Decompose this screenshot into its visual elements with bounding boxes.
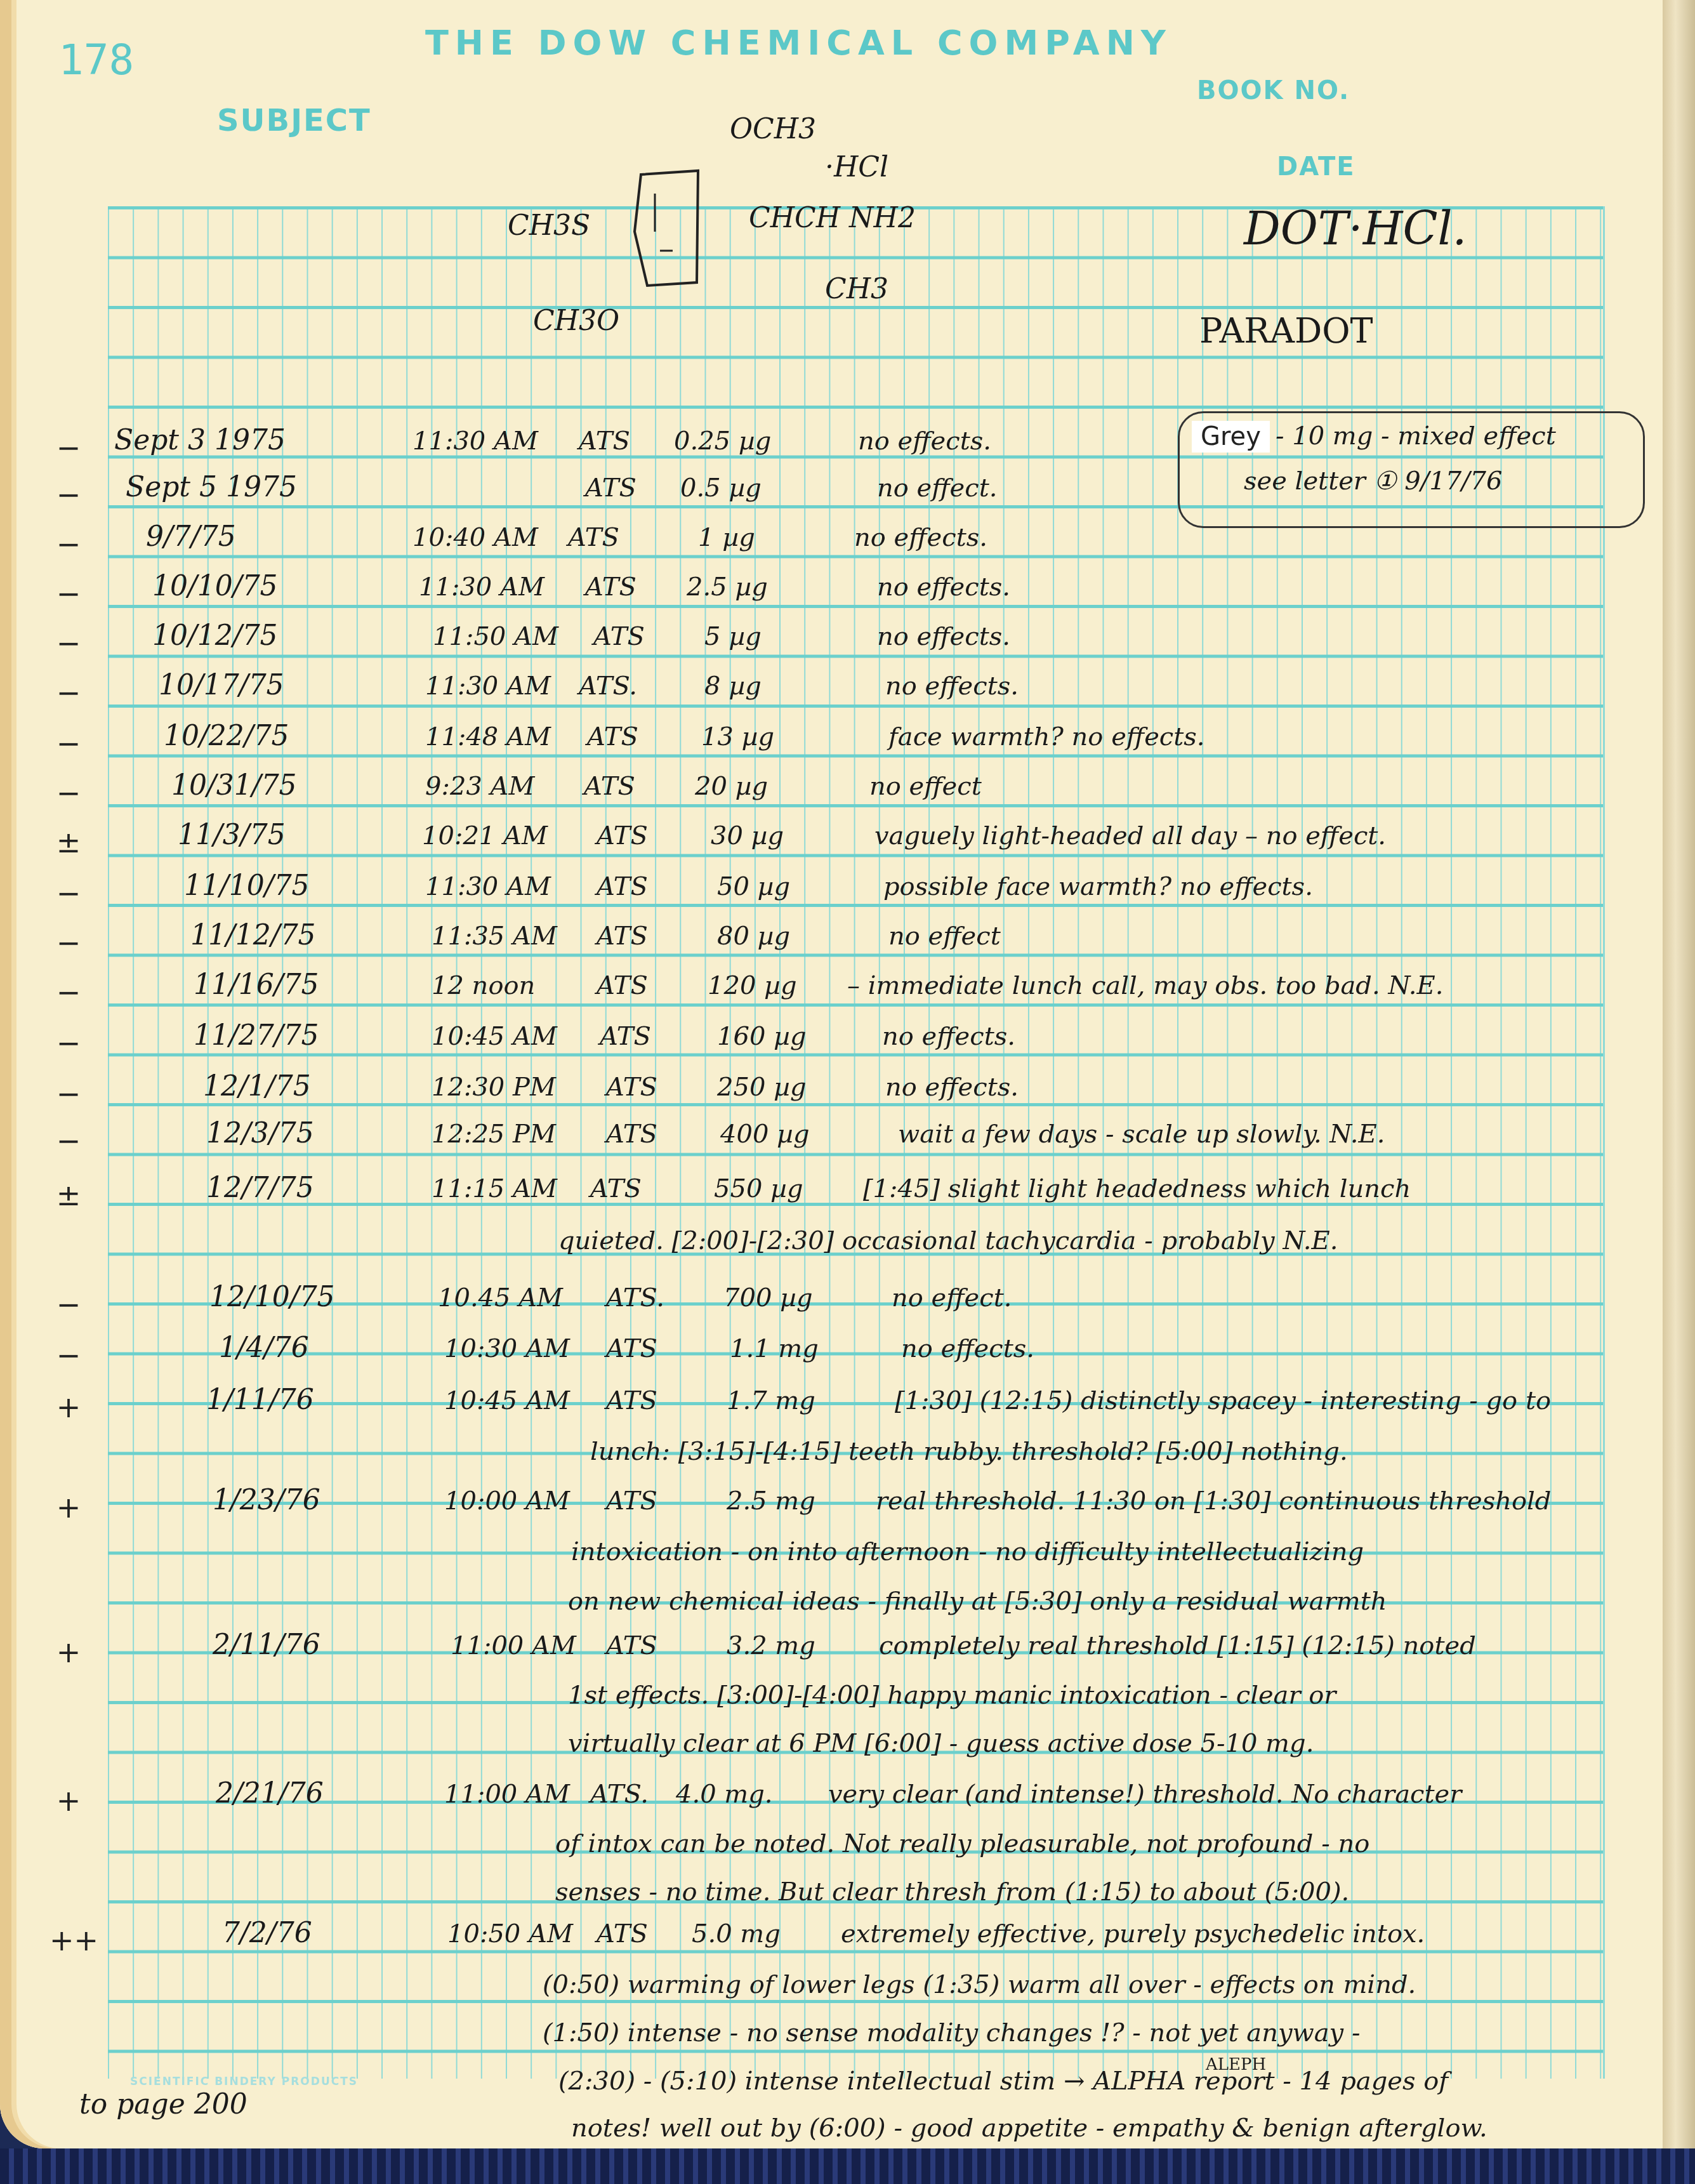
entry-time: 11:30 AM (425, 672, 551, 701)
entry-date: 12/7/75 (206, 1172, 314, 1204)
entry-who: ATS (590, 1174, 642, 1203)
entry-note: no effects. (877, 572, 1010, 602)
note-box-line2: see letter ① 9/17/76 (1244, 467, 1502, 496)
entry-note: [1:30] (12:15) distinctly spacey - inter… (895, 1386, 1551, 1415)
entry-who: ATS (597, 971, 648, 1000)
entry-date: 12/10/75 (209, 1281, 335, 1313)
entry-mark: − (49, 776, 88, 810)
entry-cont-line: of intox can be noted. Not really pleasu… (555, 1829, 1369, 1858)
entry-mark: + (49, 1784, 88, 1818)
entry-dose: 550 µg (714, 1174, 803, 1203)
notebook-page: 178 THE DOW CHEMICAL COMPANY SUBJECT BOO… (0, 0, 1663, 2148)
entry-dose: 5.0 mg (692, 1919, 781, 1949)
entry-dose: 120 µg (708, 971, 797, 1000)
entry-who: ATS (606, 1486, 657, 1516)
entry-cont-line: 1st effects. [3:00]-[4:00] happy manic i… (568, 1681, 1336, 1710)
entry-dose: 400 µg (720, 1120, 810, 1149)
entry-time: 11:48 AM (425, 722, 551, 751)
entry-note: no effect (869, 772, 982, 801)
note-box-label: Grey (1192, 421, 1270, 453)
entry-cont-line: senses - no time. But clear thresh from … (555, 1877, 1349, 1907)
entry-dose: 13 µg (701, 722, 774, 751)
entry-time: 12 noon (432, 971, 535, 1000)
entry-dose: 1.7 mg (727, 1386, 815, 1415)
entry-dose: 0.5 µg (680, 473, 762, 503)
entry-time: 11:30 AM (419, 572, 544, 602)
entry-time: 12:25 PM (432, 1120, 556, 1149)
entry-who: ATS (597, 922, 648, 951)
entry-note: – immediate lunch call, may obs. too bad… (847, 971, 1443, 1000)
entry-time: 10.45 AM (438, 1283, 563, 1313)
entry-who: ATS (606, 1120, 657, 1149)
entry-note: no effect (888, 922, 1001, 951)
compound-name: DOT·HCl. (1244, 202, 1467, 255)
binder-imprint: SCIENTIFIC BINDERY PRODUCTS (130, 2075, 358, 2088)
entry-dose: 700 µg (723, 1283, 813, 1313)
entry-who: ATS (593, 622, 645, 651)
company-header: THE DOW CHEMICAL COMPANY (425, 23, 1172, 63)
entry-dose: 20 µg (695, 772, 768, 801)
entry-dose: 80 µg (717, 922, 790, 951)
entry-note: no effects. (901, 1334, 1034, 1363)
entry-mark: − (49, 925, 88, 960)
entry-note: no effect. (892, 1283, 1012, 1313)
entry-cont-line: (0:50) warming of lower legs (1:35) warm… (543, 1970, 1416, 1999)
structure-side-chain: CHCH NH2 (749, 202, 916, 234)
entry-cont-line: (1:50) intense - no sense modality chang… (543, 2018, 1360, 2048)
subject-label: SUBJECT (217, 103, 371, 138)
entry-mark: − (49, 876, 88, 910)
entry-date: 10/31/75 (171, 769, 297, 802)
entry-cont-line: quieted. [2:00]-[2:30] occasional tachyc… (558, 1226, 1338, 1255)
entry-date: 11/10/75 (184, 870, 310, 902)
entry-mark: − (49, 1123, 88, 1158)
entry-mark: − (49, 1076, 88, 1111)
entry-who: ATS (585, 473, 636, 503)
entry-time: 10:00 AM (444, 1486, 570, 1516)
entry-note: real threshold. 11:30 on [1:30] continuo… (876, 1486, 1551, 1516)
entry-dose: 30 µg (711, 821, 784, 850)
entry-mark: − (49, 576, 88, 611)
entry-cont-line: on new chemical ideas - finally at [5:30… (568, 1587, 1387, 1616)
entry-date: 11/16/75 (194, 969, 319, 1001)
entry-mark: − (49, 527, 88, 561)
entry-date: 1/11/76 (206, 1384, 314, 1416)
entry-note: wait a few days - scale up slowly. N.E. (898, 1120, 1385, 1149)
entry-time: 11:00 AM (444, 1780, 570, 1809)
entry-mark: − (49, 1287, 88, 1321)
entry-dose: 8 µg (704, 672, 762, 701)
entry-who: ATS (568, 523, 619, 552)
entry-dose: 50 µg (717, 872, 790, 901)
structure-salt: ·HCl (825, 151, 888, 183)
entry-mark: − (49, 626, 88, 660)
entry-who: ATS. (606, 1283, 664, 1313)
entry-time: 10:21 AM (422, 821, 548, 850)
entry-time: 10:45 AM (432, 1022, 557, 1051)
structure-branch: CH3 (825, 273, 888, 305)
entry-note: no effects. (885, 1073, 1019, 1102)
entry-date: 2/11/76 (213, 1629, 320, 1661)
entry-time: 10:40 AM (412, 523, 538, 552)
entry-cont-line: lunch: [3:15]-[4:15] teeth rubby. thresh… (590, 1437, 1348, 1466)
entry-dose: 250 µg (717, 1073, 807, 1102)
entry-mark: + (49, 1635, 88, 1669)
entry-dose: 1.1 mg (730, 1334, 819, 1363)
entry-mark: ++ (49, 1923, 88, 1957)
entry-note: no effects. (858, 427, 991, 456)
entry-note: no effect. (877, 473, 997, 503)
entry-dose: 1 µg (698, 523, 755, 552)
entry-time: 11:00 AM (451, 1631, 576, 1660)
entry-time: 9:23 AM (425, 772, 534, 801)
entry-dose: 3.2 mg (727, 1631, 815, 1660)
entry-date: 12/1/75 (203, 1070, 311, 1102)
entry-date: 10/12/75 (152, 619, 278, 652)
entry-note: no effects. (877, 622, 1010, 651)
book-no-label: BOOK NO. (1197, 76, 1350, 105)
entry-note: extremely effective, purely psychedelic … (841, 1919, 1425, 1949)
entry-who: ATS (584, 772, 635, 801)
entry-mark: ± (49, 825, 88, 859)
entry-date: Sept 5 1975 (126, 471, 297, 503)
entry-who: ATS. (590, 1780, 649, 1809)
entry-cont-line: notes! well out by (6:00) - good appetit… (571, 2114, 1487, 2143)
benzene-ring-icon (622, 156, 717, 301)
entry-cont-line: (2:30) - (5:10) intense intellectual sti… (558, 2067, 1448, 2096)
entry-note: face warmth? no effects. (888, 722, 1205, 751)
entry-mark: − (49, 430, 88, 465)
entry-time: 10:50 AM (447, 1919, 573, 1949)
entry-mark: + (49, 1490, 88, 1525)
entry-who: ATS (587, 722, 638, 751)
entry-mark: − (49, 675, 88, 710)
entry-date: 11/27/75 (194, 1019, 319, 1052)
entry-dose: 4.0 mg. (676, 1780, 773, 1809)
structure-left: CH3S (508, 209, 590, 242)
entry-date: 10/10/75 (152, 570, 278, 602)
entry-note: [1:45] slight light headedness which lun… (863, 1174, 1411, 1203)
compound-alias: PARADOT (1199, 311, 1373, 351)
entry-note: completely real threshold [1:15] (12:15)… (879, 1631, 1476, 1660)
entry-cont-line: virtually clear at 6 PM [6:00] - guess a… (568, 1729, 1314, 1758)
entry-who: ATS (597, 1919, 648, 1949)
entry-mark: + (49, 1390, 88, 1424)
structure-top: OCH3 (730, 113, 816, 145)
entry-note: no effects. (885, 672, 1019, 701)
notebook-cover (0, 2148, 1695, 2184)
entry-mark: − (49, 975, 88, 1009)
entry-who: ATS (600, 1022, 651, 1051)
page-number: 178 (58, 36, 134, 84)
entry-mark: − (49, 1338, 88, 1372)
entry-date: 11/12/75 (190, 919, 316, 951)
entry-dose: 2.5 mg (727, 1486, 815, 1516)
entry-date: Sept 3 1975 (114, 424, 286, 456)
page-edge (1663, 0, 1695, 2184)
entry-dose: 5 µg (704, 622, 762, 651)
entry-who: ATS. (579, 672, 637, 701)
entry-dose: 2.5 µg (687, 572, 768, 602)
entry-time: 10:30 AM (444, 1334, 570, 1363)
note-box-line1: - 10 mg - mixed effect (1276, 421, 1556, 451)
page-reference: to page 200 (79, 2088, 247, 2121)
entry-mark: − (49, 477, 88, 512)
entry-cont-line: intoxication - on into afternoon - no di… (571, 1537, 1364, 1566)
entry-date: 1/23/76 (213, 1484, 320, 1516)
entry-time: 12:30 PM (432, 1073, 556, 1102)
entry-dose: 160 µg (717, 1022, 807, 1051)
date-label: DATE (1277, 152, 1355, 182)
entry-date: 9/7/75 (146, 520, 236, 553)
entry-who: ATS (606, 1631, 657, 1660)
entry-who: ATS (597, 872, 648, 901)
entry-date: 2/21/76 (216, 1777, 324, 1810)
entry-mark: − (49, 1026, 88, 1060)
entry-mark: ± (49, 1178, 88, 1212)
entry-who: ATS (606, 1073, 657, 1102)
entry-date: 10/17/75 (159, 669, 284, 701)
entry-who: ATS (606, 1334, 657, 1363)
entry-time: 11:35 AM (432, 922, 557, 951)
entry-date: 1/4/76 (219, 1332, 309, 1364)
entry-time: 11:15 AM (432, 1174, 557, 1203)
entry-note: no effects. (854, 523, 987, 552)
entry-dose: 0.25 µg (674, 427, 771, 456)
entry-time: 11:30 AM (425, 872, 551, 901)
entry-note: vaguely light-headed all day – no effect… (874, 821, 1386, 850)
entry-time: 11:50 AM (433, 622, 558, 651)
entry-who: ATS (606, 1386, 657, 1415)
entry-who: ATS (579, 427, 630, 456)
entry-mark: − (49, 726, 88, 760)
entry-note: very clear (and intense!) threshold. No … (828, 1780, 1461, 1809)
entry-who: ATS (585, 572, 636, 602)
entry-note: possible face warmth? no effects. (883, 872, 1313, 901)
structure-bottom: CH3O (533, 305, 619, 337)
entry-who: ATS (597, 821, 648, 850)
entry-date: 11/3/75 (178, 819, 286, 851)
entry-time: 11:30 AM (412, 427, 538, 456)
entry-note: no effects. (882, 1022, 1015, 1051)
entry-date: 7/2/76 (222, 1917, 312, 1949)
entry-date: 10/22/75 (164, 720, 289, 752)
entry-date: 12/3/75 (206, 1117, 314, 1149)
entry-time: 10:45 AM (444, 1386, 570, 1415)
